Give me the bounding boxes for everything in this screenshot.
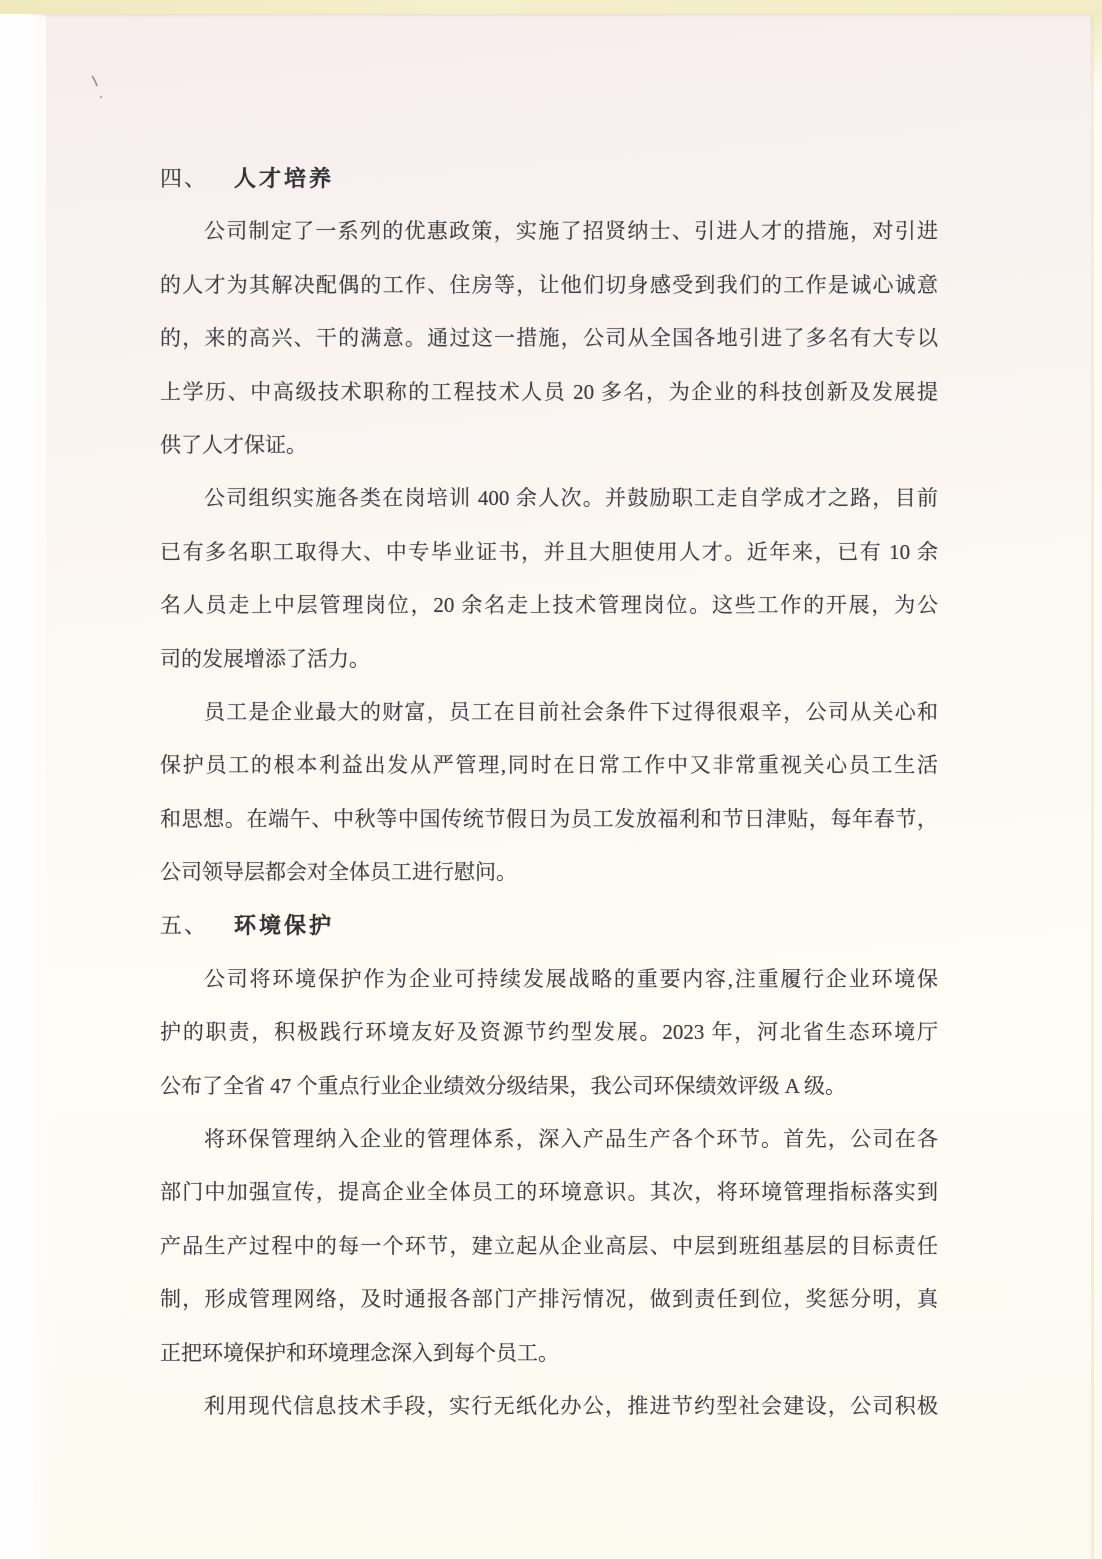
text-line: 供了人才保证。 [160, 419, 938, 472]
dust-dot-icon [99, 95, 103, 99]
text-line: 上学历、中高级技术职称的工程技术人员 20 多名，为企业的科技创新及发展提 [160, 366, 938, 419]
text-line: 公司组织实施各类在岗培训 400 余人次。并鼓励职工走自学成才之路，目前 [160, 472, 938, 525]
text-line: 司的发展增添了活力。 [160, 633, 938, 686]
text-line: 产品生产过程中的每一个环节，建立起从企业高层、中层到班组基层的目标责任 [160, 1220, 938, 1273]
text-line: 公司将环境保护作为企业可持续发展战略的重要内容,注重履行企业环境保 [160, 953, 938, 1006]
text-line: 名人员走上中层管理岗位，20 余名走上技术管理岗位。这些工作的开展，为公 [160, 579, 938, 632]
heading-number: 四、 [160, 166, 208, 191]
text-line: 公司领导层都会对全体员工进行慰问。 [160, 846, 938, 899]
scanner-bed-band [0, 0, 1102, 15]
text-line: 制，形成管理网络，及时通报各部门产排污情况，做到责任到位，奖惩分明，真 [160, 1273, 938, 1326]
scanned-document-page: 四、人才培养公司制定了一系列的优惠政策，实施了招贤纳士、引进人才的措施，对引进的… [0, 0, 1102, 1559]
heading-number: 五、 [160, 913, 208, 938]
section-heading: 五、环境保护 [160, 899, 938, 952]
dust-speck-icon [90, 74, 100, 88]
text-line: 护的职责，积极践行环境友好及资源节约型发展。2023 年，河北省生态环境厅 [160, 1006, 938, 1059]
text-line: 的人才为其解决配偶的工作、住房等，让他们切身感受到我们的工作是诚心诚意 [160, 259, 938, 312]
heading-title: 环境保护 [234, 913, 334, 938]
text-line: 和思想。在端午、中秋等中国传统节假日为员工发放福利和节日津贴，每年春节， [160, 793, 938, 846]
text-line: 正把环境保护和环境理念深入到每个员工。 [160, 1327, 938, 1380]
text-line: 将环保管理纳入企业的管理体系，深入产品生产各个环节。首先，公司在各 [160, 1113, 938, 1166]
text-line: 公司制定了一系列的优惠政策，实施了招贤纳士、引进人才的措施，对引进 [160, 205, 938, 258]
text-line: 部门中加强宣传，提高企业全体员工的环境意识。其次，将环境管理指标落实到 [160, 1166, 938, 1219]
paper-left-margin-strip [0, 14, 52, 1559]
text-line: 的，来的高兴、干的满意。通过这一措施，公司从全国各地引进了多名有大专以 [160, 312, 938, 365]
text-line: 保护员工的根本利益出发从严管理,同时在日常工作中又非常重视关心员工生活 [160, 739, 938, 792]
text-line: 公布了全省 47 个重点行业企业绩效分级结果，我公司环保绩效评级 A 级。 [160, 1060, 938, 1113]
heading-title: 人才培养 [234, 166, 334, 191]
text-line: 员工是企业最大的财富，员工在目前社会条件下过得很艰辛，公司从关心和 [160, 686, 938, 739]
document-body: 四、人才培养公司制定了一系列的优惠政策，实施了招贤纳士、引进人才的措施，对引进的… [160, 152, 938, 1433]
paper-right-edge-line [1091, 14, 1094, 1559]
section-heading: 四、人才培养 [160, 152, 938, 205]
text-line: 已有多名职工取得大、中专毕业证书，并且大胆使用人才。近年来，已有 10 余 [160, 526, 938, 579]
text-line: 利用现代信息技术手段，实行无纸化办公，推进节约型社会建设，公司积极 [160, 1380, 938, 1433]
